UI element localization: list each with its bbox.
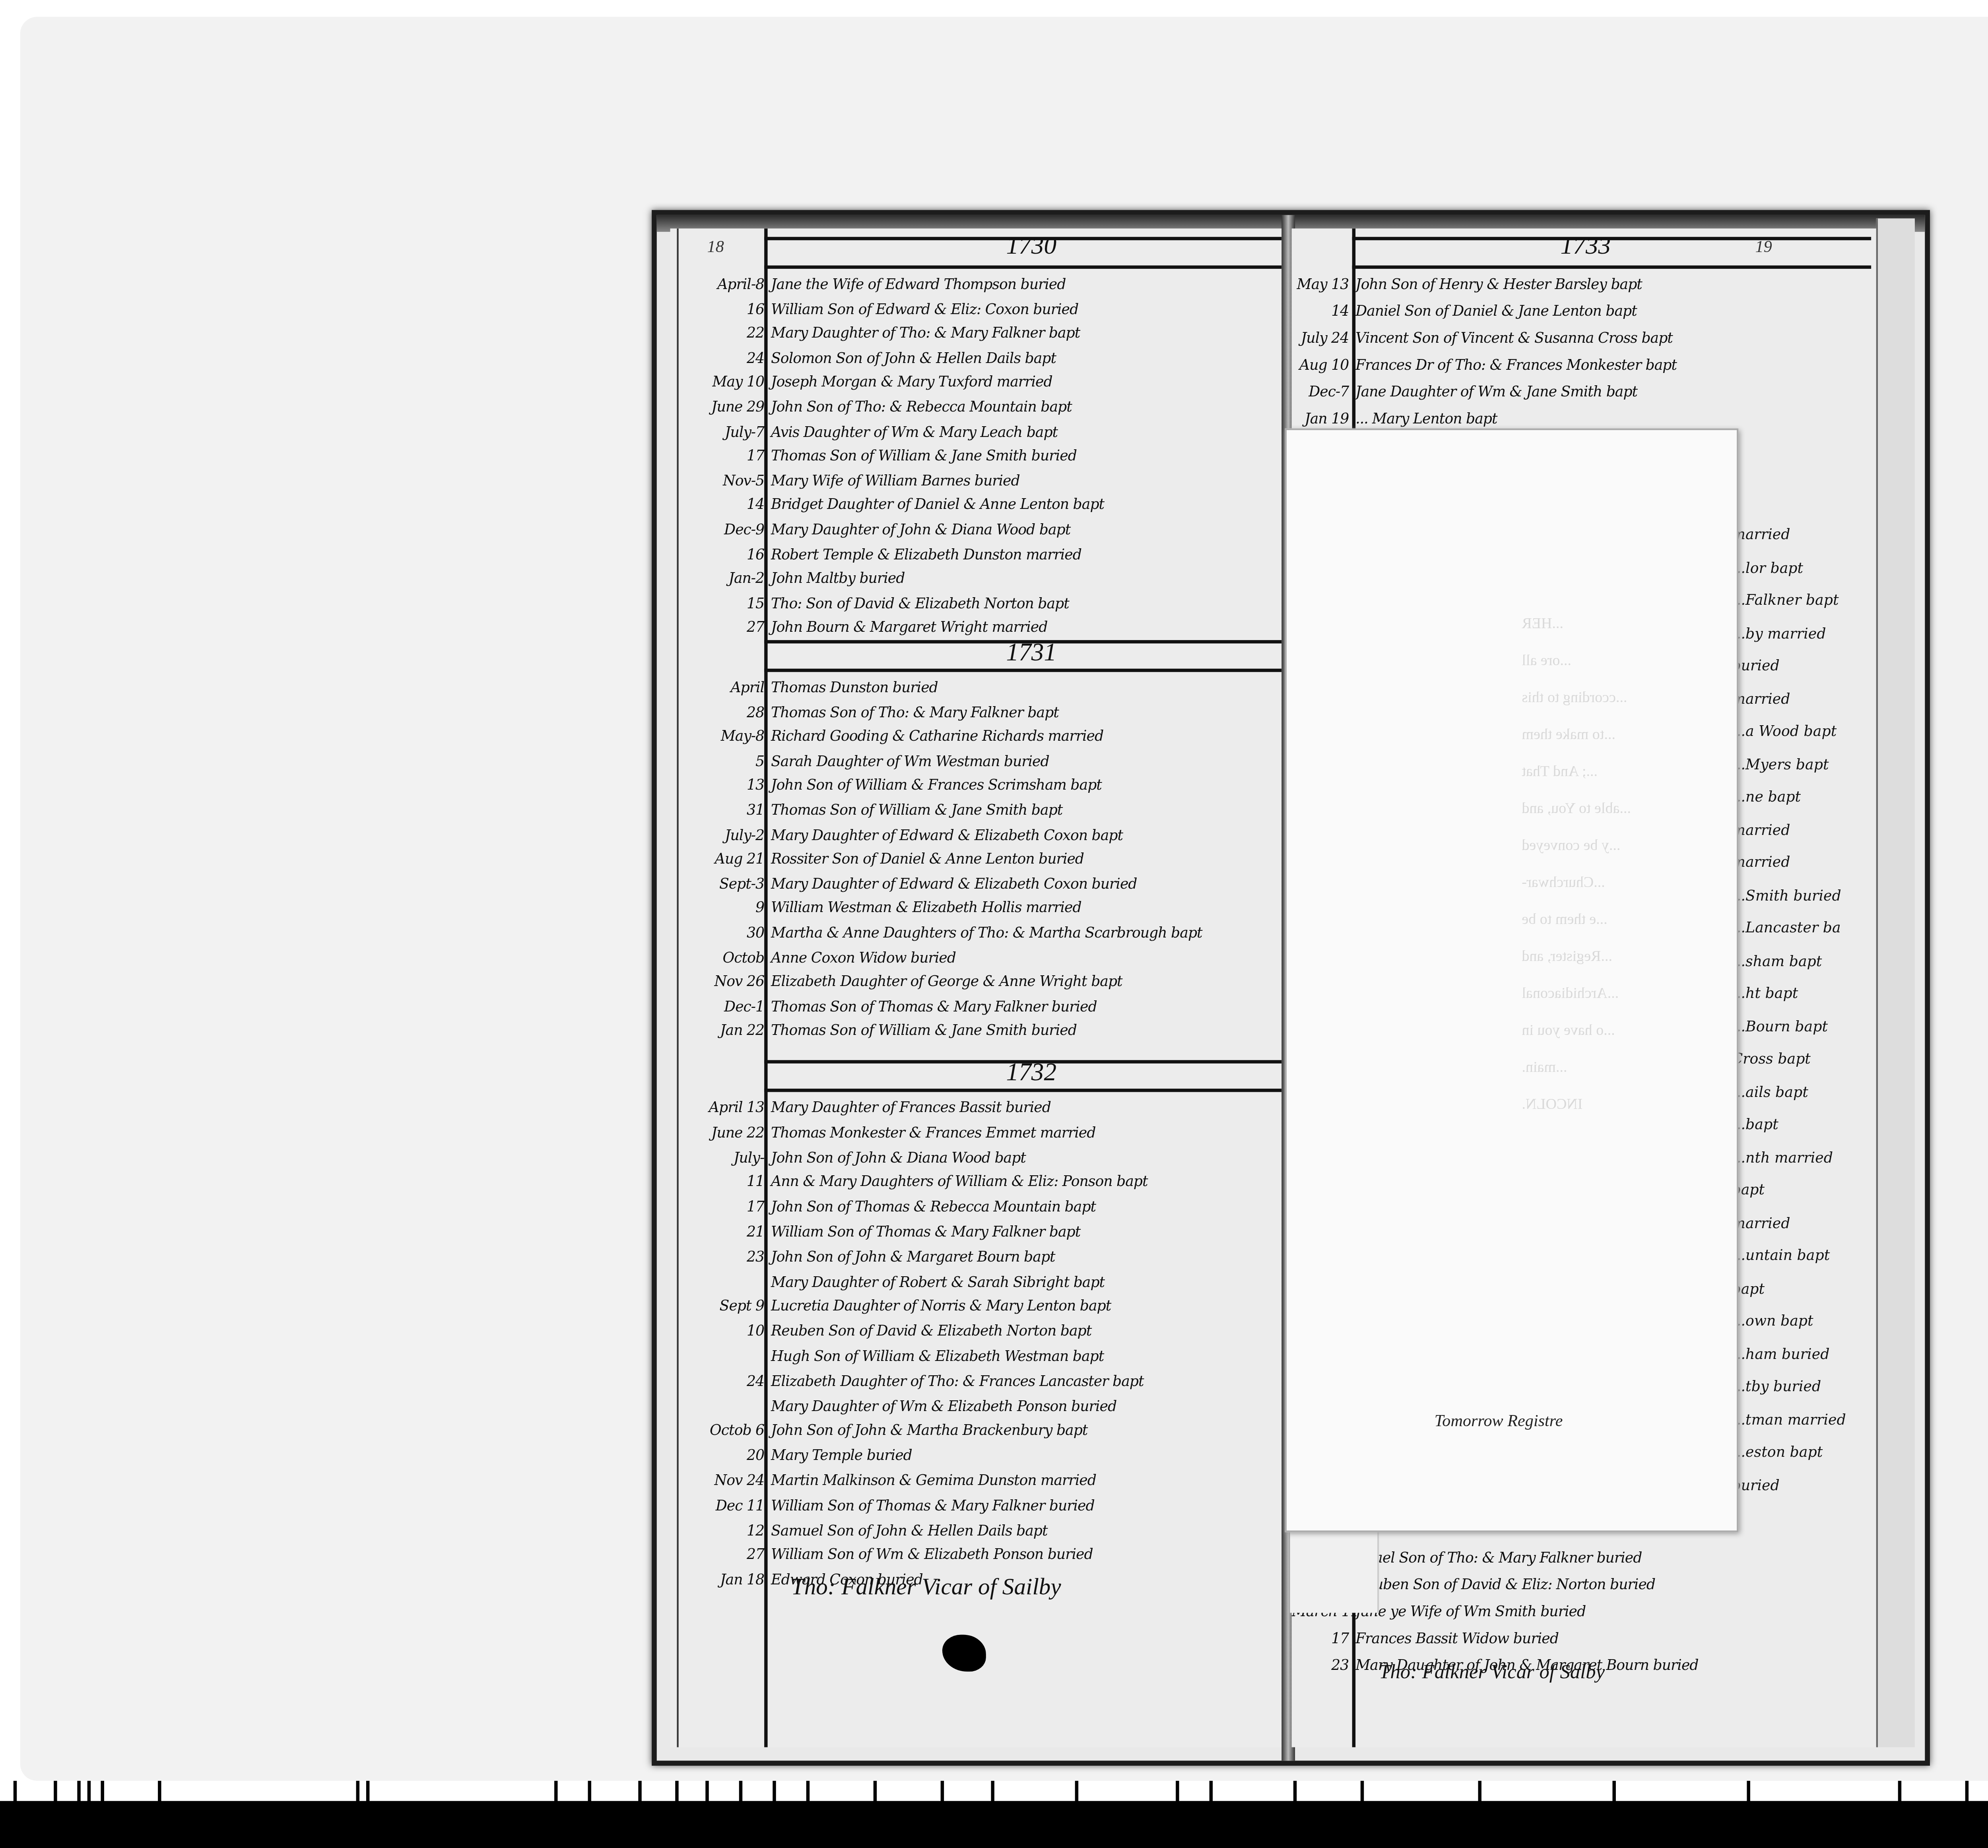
entry-date: Nov 24 <box>690 1472 764 1494</box>
entry-date: 23 <box>690 1248 764 1270</box>
register-entry: June 22Thomas Monkester & Frances Emmet … <box>670 1124 1096 1145</box>
entry-date: 14 <box>1292 303 1349 324</box>
vicar-signature: Tho: Falkner Vicar of Sailby <box>791 1576 1061 1603</box>
entry-text: Elizabeth Daughter of George & Anne Wrig… <box>764 973 1122 995</box>
register-entry: Jan 22Thomas Son of William & Jane Smith… <box>670 1022 1077 1044</box>
entry-date: June 29 <box>690 398 764 420</box>
register-entry: Dec-7Jane Daughter of Wm & Jane Smith ba… <box>1292 383 1638 405</box>
register-entry: 17Thomas Son of William & Jane Smith bur… <box>670 447 1077 469</box>
register-entry: Sept-3Mary Daughter of Edward & Elizabet… <box>670 875 1137 897</box>
entry-date: 30 <box>690 924 764 946</box>
register-entry: Nov 26Elizabeth Daughter of George & Ann… <box>670 973 1122 995</box>
entry-text: Mary Daughter of Robert & Sarah Sibright… <box>764 1273 1105 1295</box>
year-heading-1733: 1733 <box>1561 233 1611 262</box>
register-entry: Dec-9Mary Daughter of John & Diana Wood … <box>670 521 1071 543</box>
sprocket-mark <box>101 1781 104 1808</box>
register-entry: May 10Joseph Morgan & Mary Tuxford marri… <box>670 374 1052 396</box>
bleed-line: ...main. <box>1522 1058 1567 1075</box>
entry-date: April-8 <box>690 276 764 297</box>
entry-text: Rossiter Son of Daniel & Anne Lenton bur… <box>764 850 1084 872</box>
entry-fragment: ...own bapt <box>1732 1314 1813 1330</box>
entry-text: William Son of Thomas & Mary Falkner bur… <box>764 1497 1095 1518</box>
entry-text: Ann & Mary Daughters of William & Eliz: … <box>764 1173 1147 1195</box>
register-entry: 11Ann & Mary Daughters of William & Eliz… <box>670 1173 1148 1195</box>
sprocket-mark <box>87 1781 91 1808</box>
film-edge <box>0 1801 1988 1848</box>
register-entry: May 13John Son of Henry & Hester Barsley… <box>1292 276 1642 297</box>
entry-date: 17 <box>1292 1630 1349 1652</box>
register-entry: Aug 10Frances Dr of Tho: & Frances Monke… <box>1292 356 1677 378</box>
register-entry: July 24Vincent Son of Vincent & Susanna … <box>1292 329 1673 351</box>
register-entry: 17Frances Bassit Widow buried <box>1292 1630 1559 1652</box>
entry-date: July-2 <box>690 826 764 848</box>
register-entry: OctobAnne Coxon Widow buried <box>670 949 956 971</box>
sprocket-mark <box>554 1781 557 1808</box>
entry-text: Mary Temple buried <box>764 1447 912 1469</box>
year-heading-1730: 1730 <box>1006 233 1056 262</box>
entry-text: Thomas Monkester & Frances Emmet married <box>764 1124 1095 1145</box>
sprocket-mark <box>1613 1781 1616 1808</box>
entry-text: Bridget Daughter of Daniel & Anne Lenton… <box>764 496 1104 518</box>
entry-text: John Son of Thomas & Rebecca Mountain ba… <box>764 1198 1096 1220</box>
entry-text: Richard Gooding & Catharine Richards mar… <box>764 728 1103 749</box>
sprocket-mark <box>366 1781 369 1808</box>
entry-text: Reuben Son of David & Elizabeth Norton b… <box>764 1322 1091 1344</box>
register-entry: 16Robert Temple & Elizabeth Dunston marr… <box>670 545 1081 567</box>
entry-date: 11 <box>690 1173 764 1195</box>
page-number: 18 <box>707 239 724 257</box>
entry-fragment: married <box>1732 855 1790 872</box>
sprocket-mark <box>588 1781 591 1808</box>
entry-fragment: ...ne bapt <box>1732 790 1801 806</box>
entry-text: William Son of Wm & Elizabeth Ponson bur… <box>764 1546 1093 1568</box>
register-entry: Nov 24Martin Malkinson & Gemima Dunston … <box>670 1472 1096 1494</box>
entry-fragment: ...Lancaster ba <box>1732 921 1840 938</box>
rule <box>764 266 1281 269</box>
entry-text: Sarah Daughter of Wm Westman buried <box>764 752 1049 774</box>
entry-text: Daniel Son of Daniel & Jane Lenton bapt <box>1349 303 1637 324</box>
entry-text: John Son of Tho: & Rebecca Mountain bapt <box>764 398 1072 420</box>
sprocket-mark <box>773 1781 776 1808</box>
register-entry: AprilThomas Dunston buried <box>670 679 938 701</box>
page-number: 19 <box>1755 239 1772 257</box>
entry-date: 13 <box>690 777 764 799</box>
entry-date: Sept-3 <box>690 875 764 897</box>
entry-text: Joseph Morgan & Mary Tuxford married <box>764 374 1052 396</box>
entry-date: Jan 18 <box>690 1571 764 1593</box>
register-entry: 21William Son of Thomas & Mary Falkner b… <box>670 1223 1081 1245</box>
entry-fragment: ...bapt <box>1732 1117 1778 1134</box>
entry-date: July 24 <box>1292 329 1349 351</box>
entry-text: John Bourn & Margaret Wright married <box>764 619 1047 641</box>
entry-text: Lucretia Daughter of Norris & Mary Lento… <box>764 1298 1111 1320</box>
entry-text: Mary Daughter of Wm & Elizabeth Ponson b… <box>764 1397 1116 1419</box>
entry-date: Dec-1 <box>690 998 764 1019</box>
vicar-signature: Tho: Falkner Vicar of Salby <box>1379 1660 1605 1685</box>
entry-text: Thomas Son of Tho: & Mary Falkner bapt <box>764 703 1059 725</box>
entry-date: Aug 21 <box>690 850 764 872</box>
entry-fragment: married <box>1732 822 1790 839</box>
sprocket-mark <box>1293 1781 1297 1808</box>
register-entry: 28Thomas Son of Tho: & Mary Falkner bapt <box>670 703 1059 725</box>
register-entry: 14Daniel Son of Daniel & Jane Lenton bap… <box>1292 303 1637 324</box>
register-entry: 27John Bourn & Margaret Wright married <box>670 619 1048 641</box>
year-heading-1732: 1732 <box>1006 1060 1056 1089</box>
entry-date: Jan 22 <box>690 1022 764 1044</box>
entry-date: 9 <box>690 899 764 921</box>
entry-text: Thomas Son of William & Jane Smith burie… <box>764 1022 1077 1044</box>
entry-date: Nov-5 <box>690 472 764 494</box>
bleed-line: ...e them to be <box>1522 910 1607 927</box>
entry-fragment: ...untain bapt <box>1732 1248 1830 1265</box>
register-entry: 23John Son of John & Margaret Bourn bapt <box>670 1248 1055 1270</box>
entry-text: Hugh Son of William & Elizabeth Westman … <box>764 1347 1104 1369</box>
entry-date: 16 <box>690 545 764 567</box>
entry-date: 28 <box>690 703 764 725</box>
entry-date: Dec-7 <box>1292 383 1349 405</box>
register-entry: 9William Westman & Elizabeth Hollis marr… <box>670 899 1081 921</box>
entry-text: John Son of John & Margaret Bourn bapt <box>764 1248 1055 1270</box>
entry-fragment: Cross bapt <box>1732 1052 1811 1068</box>
entry-date: May 10 <box>690 374 764 396</box>
sprocket-mark <box>1361 1781 1364 1808</box>
entry-fragment: married <box>1732 1215 1790 1232</box>
entry-fragment: ...ham buried <box>1732 1347 1829 1363</box>
register-entry: 30Martha & Anne Daughters of Tho: & Mart… <box>670 924 1202 946</box>
entry-date: Octob <box>690 949 764 971</box>
entry-text: Mary Daughter of Edward & Elizabeth Coxo… <box>764 875 1137 897</box>
register-entry: Mary Daughter of Wm & Elizabeth Ponson b… <box>670 1397 1117 1419</box>
entry-fragment: married <box>1732 691 1790 708</box>
entry-date: 23 <box>1292 1656 1349 1678</box>
bleed-line: ...Archidiaconal <box>1522 984 1619 1001</box>
entry-text: Tho: Son of David & Elizabeth Norton bap… <box>764 594 1069 616</box>
entry-text: Mary Daughter of Tho: & Mary Falkner bap… <box>764 324 1080 346</box>
entry-fragment: ...sham bapt <box>1732 953 1822 970</box>
sprocket-mark <box>54 1781 57 1808</box>
entry-date: May-8 <box>690 728 764 749</box>
bleed-line: ...Register, and <box>1522 947 1612 964</box>
entry-text: John Son of Henry & Hester Barsley bapt <box>1349 276 1642 297</box>
entry-text: William Son of Thomas & Mary Falkner bap… <box>764 1223 1080 1245</box>
rule <box>1352 266 1871 269</box>
entry-fragment: ...Falkner bapt <box>1732 593 1839 610</box>
entry-fragment: ...eston bapt <box>1732 1445 1823 1462</box>
bleed-line: ...ore all <box>1522 652 1571 668</box>
bleed-line: ...to make them <box>1522 726 1615 742</box>
register-entry: 17John Son of Thomas & Rebecca Mountain … <box>670 1198 1096 1220</box>
entry-date: Sept 9 <box>690 1298 764 1320</box>
entry-text: Mary Daughter of Edward & Elizabeth Coxo… <box>764 826 1123 848</box>
slip-note: Tomorrow Registre <box>1435 1413 1563 1431</box>
register-entry: 16William Son of Edward & Eliz: Coxon bu… <box>670 300 1079 322</box>
entry-text: Thomas Son of Thomas & Mary Falkner buri… <box>764 998 1097 1019</box>
sprocket-mark <box>739 1781 742 1808</box>
entry-text: Thomas Dunston buried <box>764 679 938 701</box>
sprocket-mark <box>941 1781 944 1808</box>
entry-date: Octob 6 <box>690 1422 764 1444</box>
entry-fragment: ...Smith buried <box>1732 888 1841 905</box>
register-entry: Dec-1Thomas Son of Thomas & Mary Falkner… <box>670 998 1097 1019</box>
entry-fragment: ...a Wood bapt <box>1732 724 1837 741</box>
entry-date: 24 <box>690 349 764 371</box>
sprocket-mark <box>991 1781 994 1808</box>
entry-text: Mary Wife of William Barnes buried <box>764 472 1020 494</box>
register-entry: July-7Avis Daughter of Wm & Mary Leach b… <box>670 423 1058 445</box>
sprocket-mark <box>1747 1781 1750 1808</box>
entry-text: John Son of William & Frances Scrimsham … <box>764 777 1102 799</box>
register-entry: 27William Son of Wm & Elizabeth Ponson b… <box>670 1546 1093 1568</box>
entry-date: 5 <box>690 752 764 774</box>
bleed-line: ...able to You, and <box>1522 800 1631 816</box>
entry-date: April <box>690 679 764 701</box>
bleed-line: ...ccording to this <box>1522 689 1627 705</box>
entry-date: Dec-9 <box>690 521 764 543</box>
entry-date: 12 <box>690 1522 764 1543</box>
entry-date: July- <box>690 1149 764 1171</box>
register-entry: 22Mary Daughter of Tho: & Mary Falkner b… <box>670 324 1080 346</box>
entry-text: Anne Coxon Widow buried <box>764 949 956 971</box>
entry-date: Aug 10 <box>1292 356 1349 378</box>
entry-text: Jane Daughter of Wm & Jane Smith bapt <box>1349 383 1637 405</box>
bleed-line: ...o have you in <box>1522 1021 1615 1038</box>
entry-text: Martha & Anne Daughters of Tho: & Martha… <box>764 924 1202 946</box>
register-entry: 20Mary Temple buried <box>670 1447 912 1469</box>
inserted-paper-slip: ...HER...ore all...ccording to this...to… <box>1285 429 1739 1532</box>
sprocket-mark <box>14 1781 17 1808</box>
entry-date: 20 <box>690 1447 764 1469</box>
entry-date: July-7 <box>690 423 764 445</box>
sprocket-mark <box>356 1781 359 1808</box>
register-entry: Nov-5Mary Wife of William Barnes buried <box>670 472 1020 494</box>
entry-fragment: ...Bourn bapt <box>1732 1019 1828 1036</box>
entry-text: Reuben Son of David & Eliz: Norton burie… <box>1349 1576 1655 1598</box>
sprocket-mark <box>1898 1781 1901 1808</box>
entry-text: Vincent Son of Vincent & Susanna Cross b… <box>1349 329 1673 351</box>
register-entry: April-8Jane the Wife of Edward Thompson … <box>670 276 1066 297</box>
rule <box>1352 237 1871 240</box>
entry-text: Israel Son of Tho: & Mary Falkner buried <box>1349 1549 1642 1571</box>
entry-date: Nov 26 <box>690 973 764 995</box>
entry-fragment: ...by married <box>1732 626 1826 643</box>
entry-text: Jane the Wife of Edward Thompson buried <box>764 276 1066 297</box>
entry-fragment: ...tman married <box>1732 1412 1846 1429</box>
sprocket-mark <box>77 1781 80 1808</box>
entry-text: Jane ye Wife of Wm Smith buried <box>1349 1603 1586 1625</box>
register-entry: 13John Son of William & Frances Scrimsha… <box>670 777 1102 799</box>
bleed-line: ...y be conveyed <box>1522 837 1620 853</box>
entry-date: June 22 <box>690 1124 764 1145</box>
entry-fragment: buried <box>1732 1477 1779 1494</box>
register-entry: June 29John Son of Tho: & Rebecca Mounta… <box>670 398 1072 420</box>
entry-date: 21 <box>690 1223 764 1245</box>
entry-fragment: buried <box>1732 658 1779 675</box>
register-entry: 12Samuel Son of John & Hellen Dails bapt <box>670 1522 1048 1543</box>
sprocket-mark <box>158 1781 161 1808</box>
register-entry: July-John Son of John & Diana Wood bapt <box>670 1149 1026 1171</box>
entry-text: Samuel Son of John & Hellen Dails bapt <box>764 1522 1047 1543</box>
register-entry: 10Reuben Son of David & Elizabeth Norton… <box>670 1322 1092 1344</box>
entry-fragment: married <box>1732 528 1790 544</box>
entry-date: 27 <box>690 1546 764 1568</box>
register-entry: 15Tho: Son of David & Elizabeth Norton b… <box>670 594 1069 616</box>
sprocket-mark <box>1075 1781 1078 1808</box>
year-heading-1731: 1731 <box>1006 640 1056 669</box>
register-entry: Aug 21Rossiter Son of Daniel & Anne Lent… <box>670 850 1084 872</box>
register-entry: July-2Mary Daughter of Edward & Elizabet… <box>670 826 1123 848</box>
register-entry: 24Solomon Son of John & Hellen Dails bap… <box>670 349 1056 371</box>
register-entry: Dec 11William Son of Thomas & Mary Falkn… <box>670 1497 1095 1518</box>
entry-text: John Son of John & Diana Wood bapt <box>764 1149 1026 1171</box>
entry-text: Mary Daughter of John & Diana Wood bapt <box>764 521 1070 543</box>
entry-date: 31 <box>690 802 764 823</box>
sprocket-mark <box>1209 1781 1213 1808</box>
rule <box>764 1089 1281 1092</box>
register-entry: 31Thomas Son of William & Jane Smith bap… <box>670 802 1063 823</box>
entry-text: Elizabeth Daughter of Tho: & Frances Lan… <box>764 1372 1143 1394</box>
entry-text: Frances Dr of Tho: & Frances Monkester b… <box>1349 356 1677 378</box>
register-entry: 5Sarah Daughter of Wm Westman buried <box>670 752 1049 774</box>
entry-date: 17 <box>690 447 764 469</box>
entry-text: John Son of John & Martha Brackenbury ba… <box>764 1422 1087 1444</box>
entry-text: John Maltby buried <box>764 570 905 592</box>
entry-date: April 13 <box>690 1099 764 1120</box>
entry-text: Robert Temple & Elizabeth Dunston marrie… <box>764 545 1081 567</box>
register-entry: Mary Daughter of Robert & Sarah Sibright… <box>670 1273 1105 1295</box>
entry-date: 15 <box>690 594 764 616</box>
entry-text: Solomon Son of John & Hellen Dails bapt <box>764 349 1056 371</box>
entry-fragment: ...Myers bapt <box>1732 757 1829 774</box>
register-entry: 14Bridget Daughter of Daniel & Anne Lent… <box>670 496 1105 518</box>
register-entry: Jan-2John Maltby buried <box>670 570 905 592</box>
entry-text: Martin Malkinson & Gemima Dunston marrie… <box>764 1472 1096 1494</box>
sprocket-mark <box>1965 1781 1969 1808</box>
entry-date: May 13 <box>1292 276 1349 297</box>
entry-date: Jan-2 <box>690 570 764 592</box>
entry-text: Avis Daughter of Wm & Mary Leach bapt <box>764 423 1058 445</box>
entry-fragment: ...ails bapt <box>1732 1085 1808 1101</box>
sprocket-mark <box>1478 1781 1481 1808</box>
bleed-line: INCOLN. <box>1522 1095 1582 1112</box>
register-entry: April 13Mary Daughter of Frances Bassit … <box>670 1099 1051 1120</box>
sprocket-mark <box>874 1781 877 1808</box>
bleed-line: ...; And That <box>1522 763 1597 779</box>
entry-fragment: ...nth married <box>1732 1150 1833 1167</box>
register-entry: May-8Richard Gooding & Catharine Richard… <box>670 728 1104 749</box>
entry-text: William Westman & Elizabeth Hollis marri… <box>764 899 1081 921</box>
entry-text: William Son of Edward & Eliz: Coxon buri… <box>764 300 1078 322</box>
entry-date: 27 <box>690 619 764 641</box>
entry-fragment: ...lor bapt <box>1732 560 1803 577</box>
register-entry: 24Elizabeth Daughter of Tho: & Frances L… <box>670 1372 1144 1394</box>
entry-fragment: ...tby buried <box>1732 1379 1821 1396</box>
entry-date: 14 <box>690 496 764 518</box>
entry-text: Thomas Son of William & Jane Smith bapt <box>764 802 1062 823</box>
left-page: 18 1730 1731 1732 April-8Jane the Wife o… <box>670 229 1289 1747</box>
entry-text: Thomas Son of William & Jane Smith burie… <box>764 447 1077 469</box>
sprocket-mark <box>806 1781 810 1808</box>
entry-text: Mary Daughter of Frances Bassit buried <box>764 1099 1051 1120</box>
register-entry: Octob 6John Son of John & Martha Bracken… <box>670 1422 1088 1444</box>
sprocket-mark <box>705 1781 709 1808</box>
bleed-line: ...HER <box>1522 615 1563 632</box>
entry-fragment: ...ht bapt <box>1732 986 1798 1003</box>
sprocket-mark <box>675 1781 678 1808</box>
rule <box>764 669 1281 672</box>
entry-date: 24 <box>690 1372 764 1394</box>
entry-date: Dec 11 <box>690 1497 764 1518</box>
entry-date: 22 <box>690 324 764 346</box>
register-entry: Sept 9Lucretia Daughter of Norris & Mary… <box>670 1298 1111 1320</box>
adjacent-page-edge <box>1876 218 1915 1747</box>
entry-date: 16 <box>690 300 764 322</box>
entry-date: 10 <box>690 1322 764 1344</box>
entry-text: Frances Bassit Widow buried <box>1349 1630 1559 1652</box>
bleed-line: ...Churchwar- <box>1522 874 1605 890</box>
microfilm-frame: 18 1730 1731 1732 April-8Jane the Wife o… <box>0 0 1988 1848</box>
register-entry: Hugh Son of William & Elizabeth Westman … <box>670 1347 1104 1369</box>
entry-date: 17 <box>690 1198 764 1220</box>
sprocket-mark <box>1176 1781 1179 1808</box>
sprocket-mark <box>638 1781 641 1808</box>
